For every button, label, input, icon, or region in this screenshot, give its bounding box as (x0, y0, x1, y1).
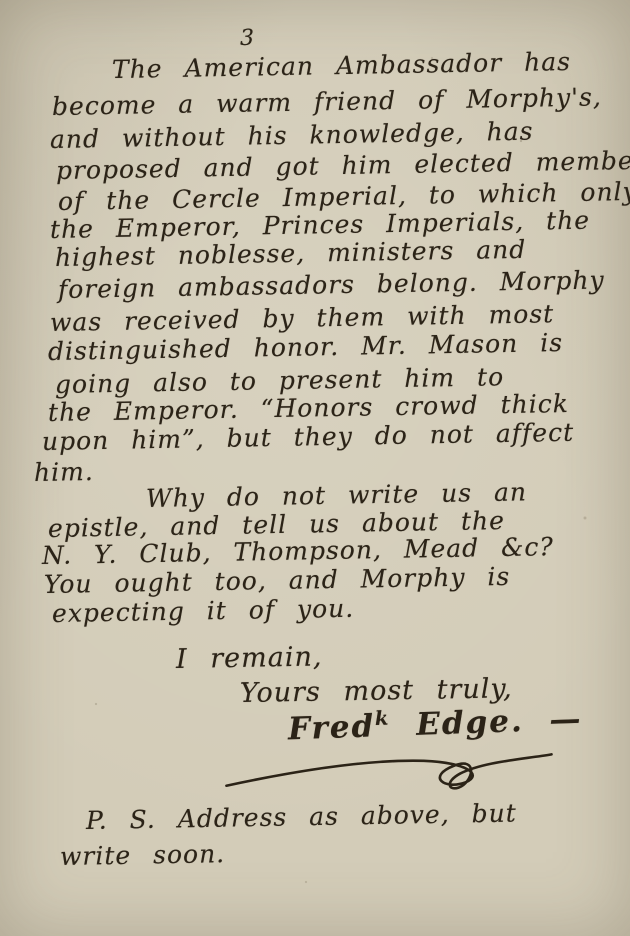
postscript-line: P. S. Address as above, but (86, 798, 517, 835)
letter-line: foreign ambassadors belong. Morphy (58, 265, 605, 304)
letter-line: The American Ambassador has (112, 47, 571, 84)
letter-line: become a warm friend of Morphy's, (52, 82, 602, 121)
signature-name: Fred (287, 708, 375, 747)
letter-page: 3 The American Ambassador has become a w… (0, 0, 630, 936)
postscript-line: write soon. (60, 839, 226, 871)
letter-line: him. (34, 457, 94, 487)
signature-flourish-icon (221, 742, 558, 800)
signature-superscript: k (374, 706, 390, 730)
page-number: 3 (240, 26, 255, 51)
closing-remain: I remain, (176, 641, 323, 675)
letter-line: expecting it of you. (52, 594, 355, 628)
signature-rest: Edge. — (390, 701, 583, 744)
